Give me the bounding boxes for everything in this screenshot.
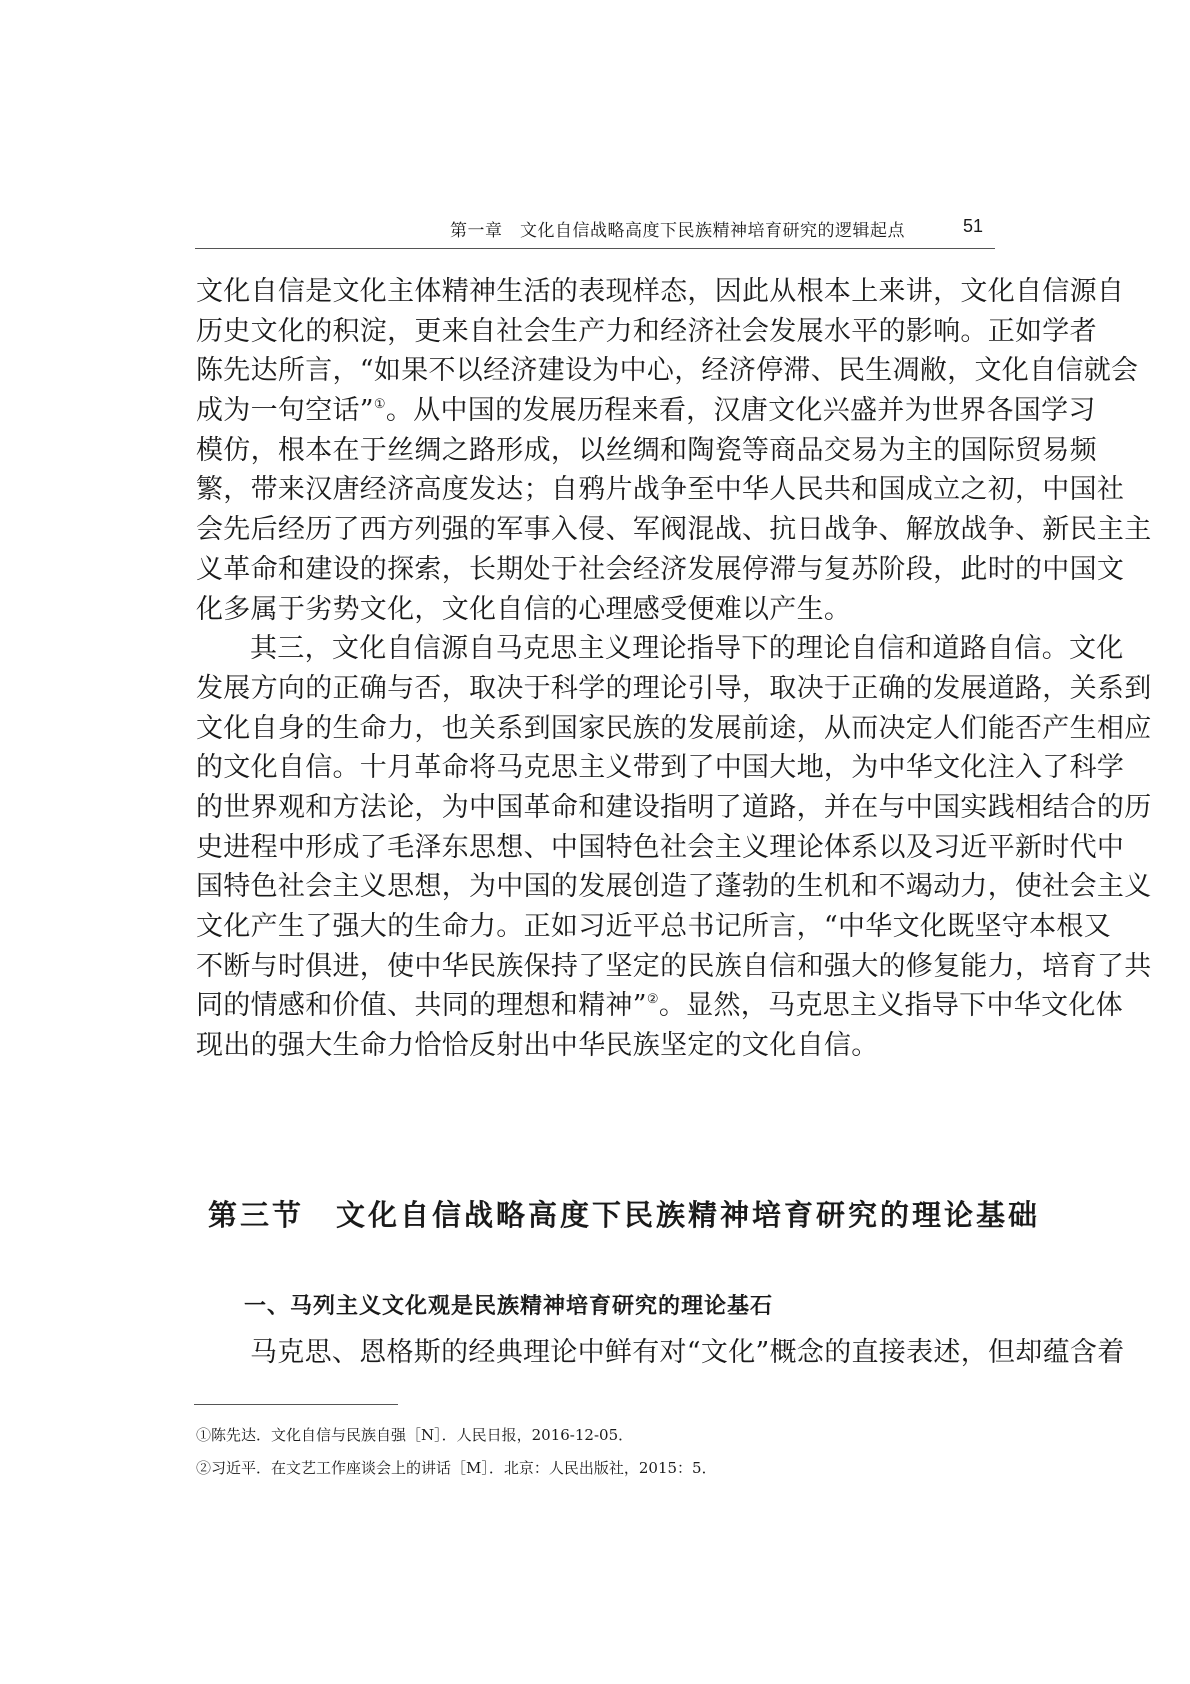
paragraph-3: 马克思、恩格斯的经典理论中鲜有对“文化”概念的直接表述，但却蕴含着 [196, 1333, 992, 1373]
page-number: 51 [963, 216, 983, 237]
text-line: 国特色社会主义思想，为中国的发展创造了蓬勃的生机和不竭动力，使社会主义 [196, 867, 992, 907]
text-line: 文化自信是文化主体精神生活的表现样态，因此从根本上来讲，文化自信源自 [196, 272, 992, 312]
text-line: 成为一句空话”①。从中国的发展历程来看，汉唐文化兴盛并为世界各国学习 [196, 391, 992, 431]
footnote-ref-2[interactable]: ② [647, 992, 659, 1007]
footnotes: ①陈先达．文化自信与民族自强［N］．人民日报，2016-12-05． ②习近平．… [196, 1419, 717, 1485]
text-line: 文化产生了强大的生命力。正如习近平总书记所言，“中华文化既坚守本根又 [196, 907, 992, 947]
paragraph-2: 其三，文化自信源自马克思主义理论指导下的理论自信和道路自信。文化 发展方向的正确… [196, 629, 992, 1066]
text-line: 历史文化的积淀，更来自社会生产力和经济社会发展水平的影响。正如学者 [196, 312, 992, 352]
running-head: 第一章 文化自信战略高度下民族精神培育研究的逻辑起点 51 [195, 212, 995, 249]
text-line: 不断与时俱进，使中华民族保持了坚定的民族自信和强大的修复能力，培育了共 [196, 947, 992, 987]
text-line: 繁，带来汉唐经济高度发达；自鸦片战争至中华人民共和国成立之初，中国社 [196, 470, 992, 510]
footnote-1: ①陈先达．文化自信与民族自强［N］．人民日报，2016-12-05． [196, 1419, 717, 1452]
text-line: 文化自身的生命力，也关系到国家民族的发展前途，从而决定人们能否产生相应 [196, 709, 992, 749]
text-line: 模仿，根本在于丝绸之路形成，以丝绸和陶瓷等商品交易为主的国际贸易频 [196, 431, 992, 471]
text-line: 其三，文化自信源自马克思主义理论指导下的理论自信和道路自信。文化 [196, 629, 992, 669]
footnote-2: ②习近平．在文艺工作座谈会上的讲话［M］．北京：人民出版社，2015：5． [196, 1452, 717, 1485]
text-line: 现出的强大生命力恰恰反射出中华民族坚定的文化自信。 [196, 1026, 992, 1066]
footnote-ref-1[interactable]: ① [374, 397, 386, 412]
chapter-title: 第一章 文化自信战略高度下民族精神培育研究的逻辑起点 [450, 216, 905, 241]
text-line: 陈先达所言，“如果不以经济建设为中心，经济停滞、民生凋敝，文化自信就会 [196, 351, 992, 391]
paragraph-1: 文化自信是文化主体精神生活的表现样态，因此从根本上来讲，文化自信源自 历史文化的… [196, 272, 992, 629]
text-line: 的世界观和方法论，为中国革命和建设指明了道路，并在与中国实践相结合的历 [196, 788, 992, 828]
subsection-heading: 一、马列主义文化观是民族精神培育研究的理论基石 [244, 1289, 773, 1320]
text-line: 发展方向的正确与否，取决于科学的理论引导，取决于正确的发展道路，关系到 [196, 669, 992, 709]
text-line: 的文化自信。十月革命将马克思主义带到了中国大地，为中华文化注入了科学 [196, 748, 992, 788]
text-line: 会先后经历了西方列强的军事入侵、军阀混战、抗日战争、解放战争、新民主主 [196, 510, 992, 550]
text-line: 化多属于劣势文化，文化自信的心理感受便难以产生。 [196, 590, 992, 630]
footnote-divider [194, 1404, 398, 1405]
text-line: 义革命和建设的探索，长期处于社会经济发展停滞与复苏阶段，此时的中国文 [196, 550, 992, 590]
text-line: 同的情感和价值、共同的理想和精神”②。显然，马克思主义指导下中华文化体 [196, 986, 992, 1026]
text-line: 史进程中形成了毛泽东思想、中国特色社会主义理论体系以及习近平新时代中 [196, 828, 992, 868]
section-heading: 第三节 文化自信战略高度下民族精神培育研究的理论基础 [208, 1193, 1040, 1234]
text-line: 马克思、恩格斯的经典理论中鲜有对“文化”概念的直接表述，但却蕴含着 [196, 1333, 992, 1373]
